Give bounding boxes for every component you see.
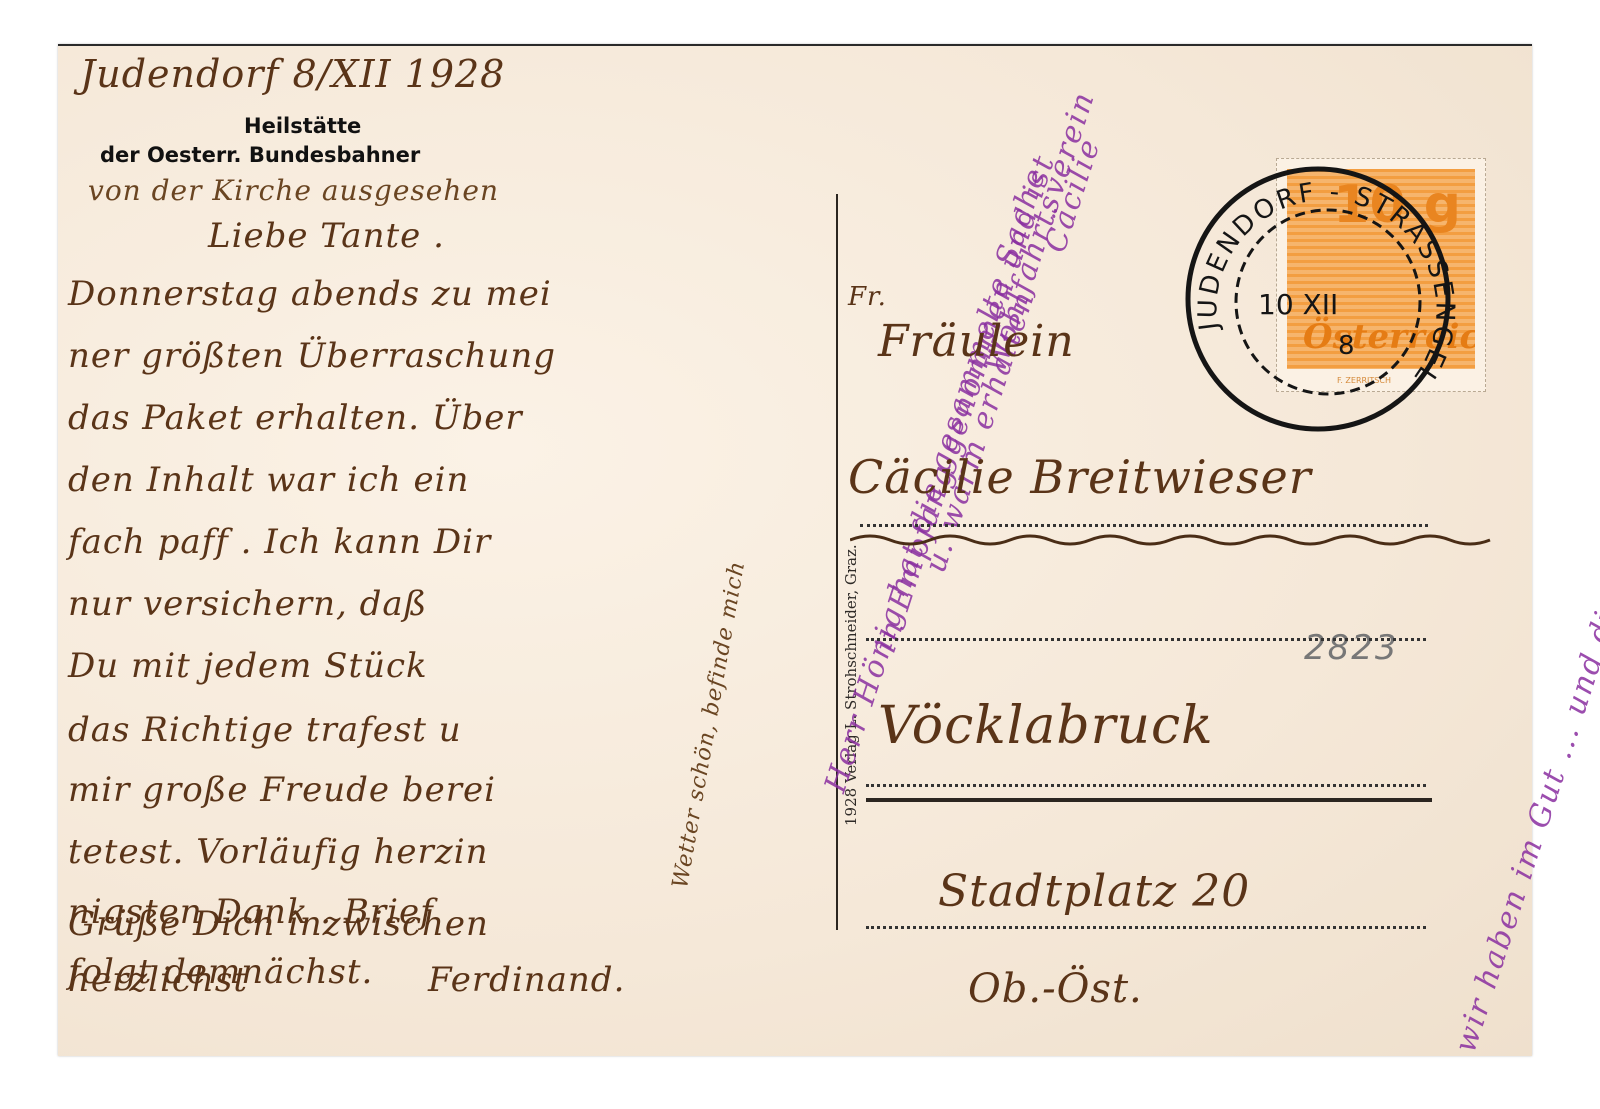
message-line: Liebe Tante . <box>208 216 445 256</box>
city-underline <box>866 798 1432 802</box>
address-salutation: Fr. <box>848 282 887 312</box>
address-line-2 <box>866 638 1426 641</box>
address-line-4 <box>866 926 1426 929</box>
message-line: Grüße Dich inzwischen <box>68 904 489 944</box>
postcard: Heilstätte der Oesterr. Bundesbahner Jud… <box>58 44 1532 1056</box>
message-line: das Paket erhalten. Über <box>68 398 523 438</box>
message-line: ner größten Überraschung <box>68 336 556 376</box>
margin-note-church: von der Kirche ausgesehen <box>88 174 499 207</box>
message-signature: Ferdinand. <box>428 960 625 1000</box>
message-line: das Richtige trafest u <box>68 710 462 750</box>
purple-annotation: wir haben im Gut ... und dieser Ansicht <box>1448 403 1600 1057</box>
printed-title-line2: der Oesterr. Bundesbahner <box>100 143 420 167</box>
address-line-3 <box>866 784 1426 787</box>
message-line: Du mit jedem Stück <box>68 646 428 686</box>
address-line-1 <box>860 524 1428 527</box>
message-line: mir große Freude berei <box>68 770 496 810</box>
address-city: Vöcklabruck <box>878 696 1214 756</box>
postmark-date: 10 XII <box>1258 288 1338 321</box>
message-place-date: Judendorf 8/XII 1928 <box>80 52 505 96</box>
message-line: nur versichern, daß <box>68 584 427 624</box>
printed-title-line1: Heilstätte <box>244 114 361 138</box>
margin-note-weather: Wetter schön, befinde mich <box>668 559 750 890</box>
svg-text:JUDENDORF - STRASSENGEL: JUDENDORF - STRASSENGEL <box>1193 177 1459 392</box>
address-street: Stadtplatz 20 <box>938 866 1250 917</box>
message-line: den Inhalt war ich ein <box>68 460 469 500</box>
name-underline <box>850 530 1500 550</box>
message-line: fach paff . Ich kann Dir <box>68 522 491 562</box>
postmark-icon: JUDENDORF - STRASSENGEL 10 XII 8 <box>1178 154 1468 444</box>
message-line: Donnerstag abends zu mei <box>68 274 552 314</box>
address-name: Cäcilie Breitwieser <box>848 450 1312 504</box>
center-divider <box>836 194 838 930</box>
message-line: herzlichst <box>68 960 248 1000</box>
postmark-time: 8 <box>1338 331 1355 361</box>
address-region: Ob.-Öst. <box>968 966 1143 1012</box>
address-title: Fräulein <box>878 316 1075 367</box>
archive-number: 2823 <box>1304 628 1399 668</box>
message-line: tetest. Vorläufig herzin <box>68 832 488 872</box>
postmark-place: JUDENDORF - STRASSENGEL <box>1193 177 1459 392</box>
